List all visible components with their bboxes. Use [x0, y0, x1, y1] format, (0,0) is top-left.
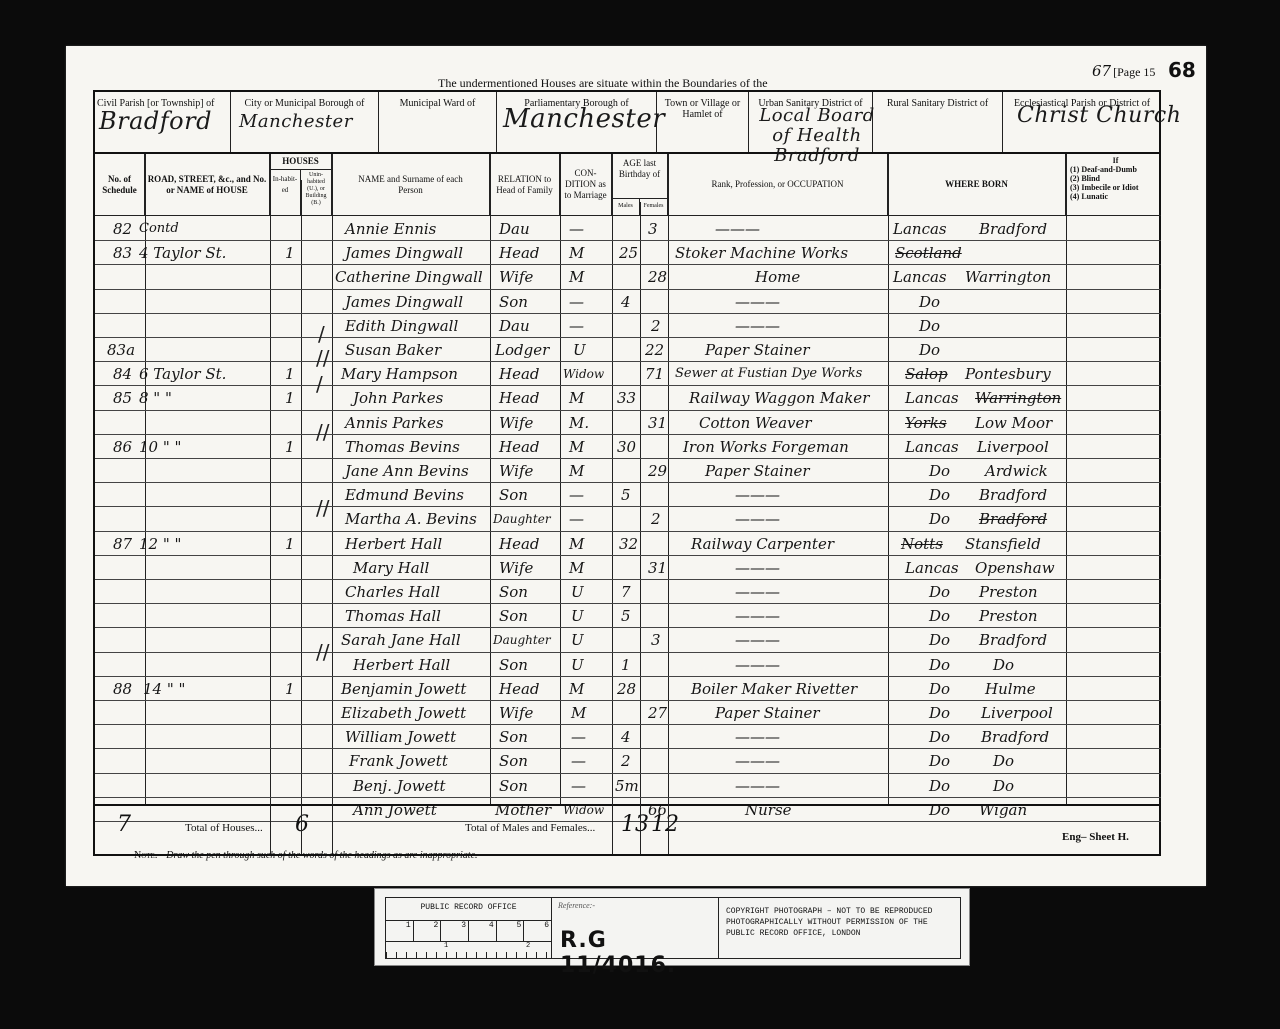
parliamentary-borough-value: Manchester	[503, 114, 665, 125]
scale-number: 1	[386, 921, 414, 941]
occupation: ———	[735, 603, 780, 627]
male-age: 5	[621, 603, 631, 627]
col-condition: CON-DITION as to Marriage	[560, 154, 612, 216]
municipal-ward-cell: Municipal Ward of	[379, 92, 497, 152]
table-row: 83a Susan Baker Lodger U 22 Paper Staine…	[95, 337, 1161, 362]
total-houses-value: 6	[295, 812, 309, 837]
person-name: James Dingwall	[345, 240, 463, 264]
copyright-notice: COPYRIGHT PHOTOGRAPH – NOT TO BE REPRODU…	[726, 906, 956, 939]
born-county: Do	[929, 773, 950, 797]
person-name: Martha A. Bevins	[345, 506, 477, 530]
born-place: Warrington	[965, 264, 1051, 288]
table-row: Edmund Bevins Son — 5 ——— Do Bradford	[95, 482, 1161, 507]
col-infirmity: If (1) Deaf-and-Dumb (2) Blind (3) Imbec…	[1066, 154, 1161, 216]
inhabited: 1	[285, 434, 295, 458]
born-county: Yorks	[905, 410, 947, 434]
person-name: Herbert Hall	[353, 652, 450, 676]
pro-reference-block: Reference:- R.G 11/4016.	[552, 898, 719, 958]
relation: Son	[499, 748, 528, 772]
born-county: Do	[919, 337, 940, 361]
inhabited: 1	[285, 361, 295, 385]
col-males: Males	[612, 199, 640, 215]
female-age: 3	[651, 627, 661, 651]
table-row: Benj. Jowett Son — 5m ——— Do Do	[95, 773, 1161, 798]
male-age: 28	[617, 676, 636, 700]
born-county: Lancas	[905, 555, 959, 579]
born-place: Bradford	[979, 216, 1047, 240]
urban-sanitary-cell: Urban Sanitary District of Local Board o…	[749, 92, 873, 152]
condition: M	[569, 458, 584, 482]
column-divider	[270, 804, 271, 854]
schedule-number: 85	[113, 385, 132, 409]
relation: Daughter	[493, 506, 551, 530]
condition: Widow	[563, 361, 604, 385]
table-row: Mary Hall Wife M 31 ——— Lancas Openshaw	[95, 555, 1161, 580]
person-name: Mary Hall	[353, 555, 429, 579]
rural-sanitary-label: Rural Sanitary District of	[887, 98, 988, 109]
occupation: ———	[735, 748, 780, 772]
inhabited: 1	[285, 385, 295, 409]
ecclesiastical-parish-value: Christ Church	[1017, 110, 1181, 121]
born-county: Do	[929, 700, 950, 724]
relation: Son	[499, 482, 528, 506]
person-name: William Jowett	[345, 724, 456, 748]
relation: Wife	[499, 555, 533, 579]
civil-parish-cell: Civil Parish [or Township] of Bradford	[93, 92, 231, 152]
relation: Head	[499, 434, 540, 458]
born-county: Do	[929, 676, 950, 700]
public-record-office-card: PUBLIC RECORD OFFICE 1 2 3 4 5 6 1 2 Ref…	[374, 888, 970, 966]
col-occupation: Rank, Profession, or OCCUPATION	[668, 154, 888, 216]
pro-scale-numbers: 1 2 3 4 5 6	[386, 921, 551, 942]
total-houses-label: Total of Houses...	[185, 822, 263, 834]
female-age: 71	[645, 361, 664, 385]
person-name: Frank Jowett	[349, 748, 448, 772]
condition: —	[569, 506, 584, 530]
person-name: Edmund Bevins	[345, 482, 464, 506]
person-name: Annis Parkes	[345, 410, 444, 434]
occupation: ———	[735, 506, 780, 530]
born-county: Do	[929, 603, 950, 627]
table-row: Herbert Hall Son U 1 ——— Do Do	[95, 652, 1161, 677]
born-place: Pontesbury	[965, 361, 1051, 385]
male-age: 25	[619, 240, 638, 264]
condition: U	[571, 579, 584, 603]
district-header: Civil Parish [or Township] of Bradford C…	[93, 92, 1161, 154]
table-row: Edith Dingwall Dau — 2 ——— Do	[95, 313, 1161, 338]
occupation: Cotton Weaver	[699, 410, 812, 434]
col-where-born: WHERE BORN	[888, 154, 1066, 216]
pro-ruler: 1 2	[386, 942, 551, 959]
born-county: Notts	[901, 531, 943, 555]
road: 6 Taylor St.	[139, 361, 226, 385]
person-name: Herbert Hall	[345, 531, 442, 555]
female-age: 27	[648, 700, 667, 724]
condition: —	[569, 313, 584, 337]
municipal-borough-label: City or Municipal Borough of	[245, 98, 365, 109]
occupation: ———	[735, 652, 780, 676]
born-place: Low Moor	[975, 410, 1052, 434]
col-name: NAME and Surname of each Person	[332, 154, 490, 216]
column-divider	[301, 804, 302, 854]
occupation: Paper Stainer	[705, 337, 810, 361]
male-age: 5	[621, 482, 631, 506]
folio-stamp-number: 68	[1168, 58, 1196, 82]
occupation: Iron Works Forgeman	[683, 434, 849, 458]
relation: Wife	[499, 410, 533, 434]
rural-sanitary-cell: Rural Sanitary District of	[873, 92, 1003, 152]
born-county: Scotland	[895, 240, 962, 264]
female-age: 2	[651, 313, 661, 337]
scale-number: 4	[469, 921, 497, 941]
schedule-number: 83	[113, 240, 132, 264]
scale-number: 2	[414, 921, 442, 941]
person-name: Thomas Bevins	[345, 434, 460, 458]
boundary-title: The undermentioned Houses are situate wi…	[438, 76, 768, 91]
table-row: Annis Parkes Wife M. 31 Cotton Weaver Yo…	[95, 410, 1161, 435]
schedule-number: 83a	[107, 337, 135, 361]
scale-number: 3	[441, 921, 469, 941]
relation: Dau	[499, 313, 530, 337]
condition: —	[569, 482, 584, 506]
ruler-mark: 2	[526, 942, 530, 950]
column-divider	[668, 804, 669, 854]
female-age: 22	[645, 337, 664, 361]
born-county: Lancas	[905, 385, 959, 409]
col-uninhabited: Unin-habited (U.), or Building (B.)	[301, 170, 331, 215]
relation: Wife	[499, 264, 533, 288]
born-place: Do	[993, 652, 1014, 676]
person-name: Susan Baker	[345, 337, 441, 361]
table-row: Frank Jowett Son — 2 ——— Do Do	[95, 748, 1161, 773]
person-name: John Parkes	[353, 385, 443, 409]
relation: Son	[499, 773, 528, 797]
table-row: Charles Hall Son U 7 ——— Do Preston	[95, 579, 1161, 604]
table-row: 83 4 Taylor St. 1 James Dingwall Head M …	[95, 240, 1161, 265]
born-county: Do	[929, 724, 950, 748]
born-place: Bradford	[979, 482, 1047, 506]
condition: M	[569, 264, 584, 288]
born-county: Do	[929, 506, 950, 530]
condition: U	[571, 652, 584, 676]
condition: —	[571, 748, 586, 772]
relation: Head	[499, 361, 540, 385]
table-row: William Jowett Son — 4 ——— Do Bradford	[95, 724, 1161, 749]
table-row: 87 12 " " 1 Herbert Hall Head M 32 Railw…	[95, 531, 1161, 556]
total-persons-label: Total of Males and Females...	[465, 822, 595, 834]
condition: M	[569, 531, 584, 555]
inhabited: 1	[285, 240, 295, 264]
table-row: Catherine Dingwall Wife M 28 Home Lancas…	[95, 264, 1161, 289]
person-name: Benj. Jowett	[353, 773, 446, 797]
born-place: Liverpool	[981, 700, 1053, 724]
road: Contd	[139, 216, 179, 240]
pro-card-inner: PUBLIC RECORD OFFICE 1 2 3 4 5 6 1 2 Ref…	[385, 897, 961, 959]
occupation: ———	[735, 555, 780, 579]
born-county: Salop	[905, 361, 948, 385]
col-females: Females	[640, 199, 667, 215]
town-village-label: Town or Village or Hamlet of	[665, 98, 740, 120]
col-inhabited: In-habit-ed	[270, 170, 301, 215]
schedule-number: 87	[113, 531, 132, 555]
schedule-number: 84	[113, 361, 132, 385]
page-label: 67[Page 15	[1092, 62, 1155, 80]
person-name: Charles Hall	[345, 579, 440, 603]
relation: Son	[499, 652, 528, 676]
born-place: Ardwick	[985, 458, 1048, 482]
occupation: ———	[715, 216, 760, 240]
reference-value: R.G 11/4016.	[560, 928, 718, 978]
ruler-mark: 1	[444, 942, 448, 950]
table-row: Elizabeth Jowett Wife M 27 Paper Stainer…	[95, 700, 1161, 725]
pro-scale-block: PUBLIC RECORD OFFICE 1 2 3 4 5 6 1 2	[386, 898, 552, 958]
table-row: Thomas Hall Son U 5 ——— Do Preston	[95, 603, 1161, 628]
occupation: Railway Waggon Maker	[689, 385, 869, 409]
born-county: Do	[929, 458, 950, 482]
relation: Son	[499, 579, 528, 603]
born-place: Openshaw	[975, 555, 1055, 579]
municipal-ward-label: Municipal Ward of	[400, 98, 476, 109]
born-county: Do	[919, 289, 940, 313]
total-schedules: 7	[117, 812, 131, 837]
condition: —	[571, 724, 586, 748]
born-county: Lancas	[893, 216, 947, 240]
relation: Head	[499, 385, 540, 409]
road: 10 " "	[139, 434, 181, 458]
schedule-number: 86	[113, 434, 132, 458]
enumerator-mark: //	[316, 346, 329, 370]
occupation: ———	[735, 482, 780, 506]
column-divider	[332, 804, 333, 854]
total-females: 12	[651, 812, 679, 837]
born-county: Do	[929, 579, 950, 603]
table-row: James Dingwall Son — 4 ——— Do	[95, 289, 1161, 314]
occupation: ———	[735, 313, 780, 337]
occupation: ———	[735, 627, 780, 651]
town-village-cell: Town or Village or Hamlet of	[657, 92, 749, 152]
born-place: Hulme	[985, 676, 1036, 700]
occupation: Paper Stainer	[715, 700, 820, 724]
born-place: Stansfield	[965, 531, 1041, 555]
person-name: Benjamin Jowett	[341, 676, 466, 700]
table-row: Sarah Jane Hall Daughter U 3 ——— Do Brad…	[95, 627, 1161, 652]
relation: Head	[499, 240, 540, 264]
relation: Son	[499, 289, 528, 313]
road: 8 " "	[139, 385, 172, 409]
person-name: Catherine Dingwall	[335, 264, 483, 288]
table-row: 82 Contd Annie Ennis Dau — 3 ——— Lancas …	[95, 216, 1161, 241]
male-age: 32	[619, 531, 638, 555]
condition: M	[569, 240, 584, 264]
male-age: 33	[617, 385, 636, 409]
female-age: 2	[651, 506, 661, 530]
enumerator-mark: /	[316, 372, 323, 396]
born-place: Preston	[979, 579, 1038, 603]
born-county: Do	[929, 748, 950, 772]
col-schedule: No. of Schedule	[95, 154, 145, 216]
condition: M	[571, 700, 586, 724]
condition: M.	[569, 410, 589, 434]
born-place: Do	[993, 748, 1014, 772]
occupation: ———	[735, 289, 780, 313]
condition: —	[569, 289, 584, 313]
ecclesiastical-parish-cell: Ecclesiastical Parish or District of Chr…	[1003, 92, 1161, 152]
col-road: ROAD, STREET, &c., and No. or NAME of HO…	[145, 154, 270, 216]
municipal-borough-cell: City or Municipal Borough of Manchester	[231, 92, 379, 152]
column-divider	[612, 804, 613, 854]
person-name: Sarah Jane Hall	[341, 627, 461, 651]
occupation: ———	[735, 724, 780, 748]
person-name: Thomas Hall	[345, 603, 441, 627]
relation: Lodger	[495, 337, 549, 361]
relation: Wife	[499, 700, 533, 724]
born-county: Do	[929, 482, 950, 506]
male-age: 4	[621, 724, 631, 748]
born-place: Bradford	[981, 724, 1049, 748]
enumerator-mark: /	[318, 322, 325, 346]
female-age: 28	[648, 264, 667, 288]
col-relation: RELATION to Head of Family	[490, 154, 560, 216]
condition: M	[569, 676, 584, 700]
occupation: Stoker Machine Works	[675, 240, 848, 264]
male-age: 7	[621, 579, 631, 603]
municipal-borough-value: Manchester	[239, 116, 353, 127]
occupation: Railway Carpenter	[691, 531, 834, 555]
born-county: Do	[929, 652, 950, 676]
born-place: Warrington	[975, 385, 1061, 409]
female-age: 31	[648, 410, 667, 434]
born-county: Do	[929, 627, 950, 651]
heading-note: Note.—Draw the pen through such of the w…	[134, 850, 478, 861]
person-name: Annie Ennis	[345, 216, 436, 240]
relation: Daughter	[493, 627, 551, 651]
occupation: Paper Stainer	[705, 458, 810, 482]
enumerator-mark: //	[316, 496, 329, 520]
female-age: 29	[648, 458, 667, 482]
inhabited: 1	[285, 531, 295, 555]
page-label-overwrite: 67	[1092, 62, 1111, 80]
table-row: Jane Ann Bevins Wife M 29 Paper Stainer …	[95, 458, 1161, 483]
male-age: 4	[621, 289, 631, 313]
male-age: 30	[617, 434, 636, 458]
parliamentary-borough-cell: Parliamentary Borough of Manchester	[497, 92, 657, 152]
born-county: Lancas	[905, 434, 959, 458]
male-age: 1	[621, 652, 631, 676]
condition: U	[573, 337, 586, 361]
condition: M	[569, 434, 584, 458]
civil-parish-value: Bradford	[99, 116, 212, 127]
road: 4 Taylor St.	[139, 240, 226, 264]
relation: Wife	[499, 458, 533, 482]
total-males: 13	[621, 812, 649, 837]
occupation: ———	[735, 773, 780, 797]
person-name: Edith Dingwall	[345, 313, 458, 337]
schedule-number: 82	[113, 216, 132, 240]
person-name: Jane Ann Bevins	[345, 458, 469, 482]
condition: M	[569, 385, 584, 409]
born-county: Lancas	[893, 264, 947, 288]
person-name: James Dingwall	[345, 289, 463, 313]
relation: Dau	[499, 216, 530, 240]
column-divider	[640, 804, 641, 854]
relation: Son	[499, 603, 528, 627]
enumerator-mark: //	[316, 420, 329, 444]
road: 14 " "	[143, 676, 185, 700]
condition: —	[571, 773, 586, 797]
scale-number: 5	[497, 921, 525, 941]
male-age: 2	[621, 748, 631, 772]
table-row: 88 14 " " 1 Benjamin Jowett Head M 28 Bo…	[95, 676, 1161, 701]
condition: U	[571, 603, 584, 627]
sheet-mark: Eng– Sheet H.	[1062, 831, 1129, 843]
pro-title: PUBLIC RECORD OFFICE	[386, 898, 551, 921]
female-age: 31	[648, 555, 667, 579]
table-row: 86 10 " " 1 Thomas Bevins Head M 30 Iron…	[95, 434, 1161, 459]
born-place: Liverpool	[977, 434, 1049, 458]
relation: Son	[499, 724, 528, 748]
born-place: Bradford	[979, 627, 1047, 651]
totals-row: 7 Total of Houses... 6 Total of Males an…	[95, 804, 1161, 856]
person-name: Elizabeth Jowett	[341, 700, 466, 724]
condition: U	[571, 627, 584, 651]
born-place: Do	[993, 773, 1014, 797]
relation: Head	[499, 531, 540, 555]
table-row: 84 6 Taylor St. 1 Mary Hampson Head Wido…	[95, 361, 1161, 386]
relation: Head	[499, 676, 540, 700]
male-age: 5m	[615, 773, 639, 797]
born-place: Bradford	[979, 506, 1047, 530]
condition: M	[569, 555, 584, 579]
road: 12 " "	[139, 531, 181, 555]
condition: —	[569, 216, 584, 240]
occupation: ———	[735, 579, 780, 603]
schedule-number: 88	[113, 676, 132, 700]
scale-number: 6	[524, 921, 551, 941]
occupation: Boiler Maker Rivetter	[691, 676, 857, 700]
table-row: 85 8 " " 1 John Parkes Head M 33 Railway…	[95, 385, 1161, 410]
female-age: 3	[648, 216, 658, 240]
reference-label: Reference:-	[552, 898, 718, 913]
born-county: Do	[919, 313, 940, 337]
born-place: Preston	[979, 603, 1038, 627]
table-row: Martha A. Bevins Daughter — 2 ——— Do Bra…	[95, 506, 1161, 531]
inhabited: 1	[285, 676, 295, 700]
enumerator-mark: //	[316, 640, 329, 664]
occupation: Sewer at Fustian Dye Works	[675, 361, 862, 385]
occupation: Home	[755, 264, 800, 288]
person-name: Mary Hampson	[341, 361, 458, 385]
